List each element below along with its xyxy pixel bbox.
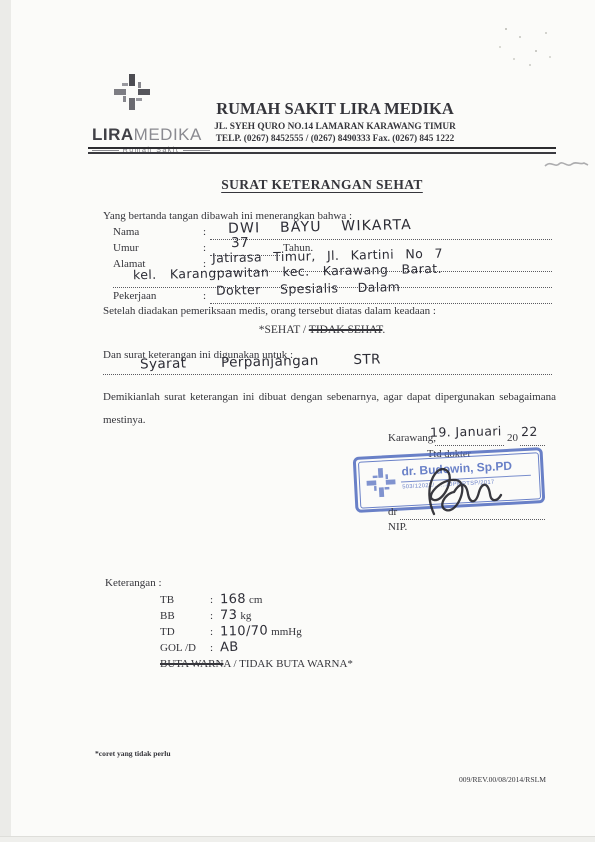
colon: : (210, 642, 220, 654)
colon: : (203, 242, 206, 254)
colorblind-line: BUTA WARNA / TIDAK BUTA WARNA* (160, 658, 353, 670)
logo-wordmark: LIRAMEDIKA (92, 125, 202, 145)
signature-year-hand: 22 (521, 424, 538, 439)
health-status: *SEHAT / TIDAK SEHAT. (88, 324, 556, 336)
keterangan-row-td: TD : 110/70 mmHg (160, 624, 302, 639)
tb-unit: cm (249, 594, 262, 606)
tb-value: 168 (220, 592, 246, 608)
tb-label: TB (160, 594, 210, 606)
bb-label: BB (160, 610, 210, 622)
doctor-signature (414, 458, 514, 528)
health-struck-option: TIDAK SEHAT (309, 324, 383, 336)
bb-value: 73 (220, 608, 238, 623)
footer-doc-code: 009/REV.00/08/2014/RSLM (400, 775, 546, 784)
header-divider (88, 147, 556, 154)
scan-edge-left (0, 0, 11, 842)
scan-pen-mark (543, 150, 591, 178)
exam-line: Setelah diadakan pemeriksaan medis, oran… (103, 305, 436, 317)
colon: : (203, 290, 206, 302)
hospital-name: RUMAH SAKIT LIRA MEDIKA (205, 99, 465, 119)
keterangan-row-bb: BB : 73 kg (160, 608, 251, 623)
colon: : (210, 594, 220, 606)
footnote: *coret yang tidak perlu (95, 749, 171, 758)
keterangan-row-tb: TB : 168 cm (160, 592, 262, 607)
colorblind-rest: A / TIDAK BUTA WARNA* (223, 658, 353, 670)
field-label-pekerjaan: Pekerjaan (113, 290, 156, 302)
td-value: 110/70 (220, 623, 268, 639)
hospital-address: JL. SYEH QURO NO.14 LAMARAN KARAWANG TIM… (205, 122, 465, 132)
colorblind-struck: BUTA WARN (160, 658, 223, 670)
scan-speckles (505, 28, 507, 30)
colon: : (203, 226, 206, 238)
signature-dr-label: dr (388, 506, 397, 518)
stamp-cross-icon (364, 466, 398, 500)
keterangan-row-gol: GOL /D : AB (160, 640, 242, 655)
td-unit: mmHg (271, 626, 302, 638)
logo-text-medika: MEDIKA (134, 125, 202, 144)
health-prefix: *SEHAT / (259, 324, 309, 336)
colon: : (210, 626, 220, 638)
signature-place: Karawang, (388, 432, 436, 444)
gol-value: AB (220, 640, 239, 655)
signature-nip-label: NIP. (388, 521, 407, 533)
lira-medika-cross-icon (112, 72, 152, 112)
keterangan-label: Keterangan : (105, 577, 162, 589)
colon: : (210, 610, 220, 622)
health-suffix: . (382, 324, 385, 336)
scan-edge-bottom (0, 836, 595, 842)
logo-text-lira: LIRA (92, 125, 134, 144)
document-title: SURAT KETERANGAN SEHAT (88, 177, 556, 193)
gol-label: GOL /D (160, 642, 210, 654)
bb-unit: kg (240, 610, 251, 622)
letterhead: RUMAH SAKIT LIRA MEDIKA JL. SYEH QURO NO… (205, 99, 465, 144)
signature-date-hand: 19. Januari (430, 423, 502, 439)
field-label-umur: Umur (113, 242, 139, 254)
signature-year-printed: 20 (507, 432, 518, 444)
td-label: TD (160, 626, 210, 638)
field-label-nama: Nama (113, 226, 139, 238)
hospital-phone: TELP. (0267) 8452555 / (0267) 8490333 Fa… (205, 134, 465, 144)
